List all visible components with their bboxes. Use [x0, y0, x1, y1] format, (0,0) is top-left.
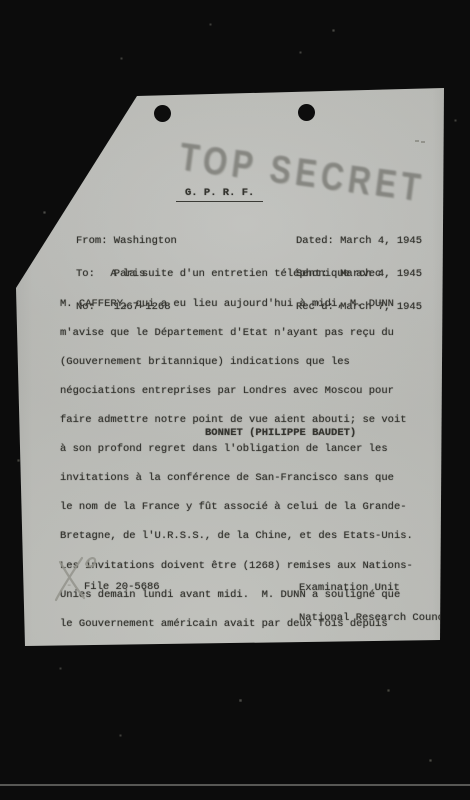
file-number: File 20-5686	[84, 583, 160, 593]
signature-line: BONNET (PHILIPPE BAUDET)	[205, 429, 356, 439]
body-line: phase de la procédure pourraient être ap…	[60, 736, 413, 746]
scanned-document-view: TOP SECRET G. P. R. F. From: Washington …	[0, 0, 470, 800]
examination-unit-block: Examination Unit National Research Counc…	[299, 562, 457, 675]
pencil-dash-mark: -	[66, 582, 72, 592]
stray-pencil-mark	[415, 140, 419, 142]
body-line: faire admettre notre point de vue aient …	[60, 416, 413, 426]
footer-date-line: March 13, 1945	[299, 644, 457, 654]
handwritten-mark	[50, 550, 102, 605]
document-page: TOP SECRET G. P. R. F. From: Washington …	[0, 0, 470, 800]
body-line: M. CAFFERY, qui a eu lieu aujourd'hui à …	[60, 300, 413, 310]
punch-hole-right	[298, 104, 315, 121]
body-line: temps.	[60, 765, 413, 775]
footer-unit-line: Examination Unit	[299, 583, 457, 593]
body-line: qui ont surgi de la participation de la …	[60, 707, 413, 717]
body-line: le nom de la France y fût associé à celu…	[60, 503, 413, 513]
scan-artifact-line	[0, 784, 470, 786]
scan-noise	[0, 0, 1, 1]
body-line: Bretagne, de l'U.R.S.S., de la Chine, et…	[60, 532, 413, 542]
body-line: négociations entreprises par Londres ave…	[60, 387, 413, 397]
body-line: cette convocation, dans l'espoir que les…	[60, 678, 413, 688]
meta-from-line: From: Washington	[76, 236, 177, 247]
body-line: A la suite d'un entretien téléphonique a…	[60, 270, 413, 280]
body-line: à son profond regret dans l'obligation d…	[60, 445, 413, 455]
punch-hole-left	[154, 105, 171, 122]
body-line: (Gouvernement britannique) indications q…	[60, 358, 413, 368]
document-heading: G. P. R. F.	[176, 187, 263, 202]
body-line: 1er mars retardé de 48 heures le moment …	[60, 649, 413, 659]
body-line: invitations à la conférence de San-Franc…	[60, 474, 413, 484]
body-line: m'avise que le Département d'Etat n'ayan…	[60, 329, 413, 339]
meta-dated-line: Dated: March 4, 1945	[296, 236, 422, 247]
footer-org-line: National Research Council	[299, 613, 457, 623]
message-body: A la suite d'un entretien téléphonique a…	[60, 251, 413, 794]
